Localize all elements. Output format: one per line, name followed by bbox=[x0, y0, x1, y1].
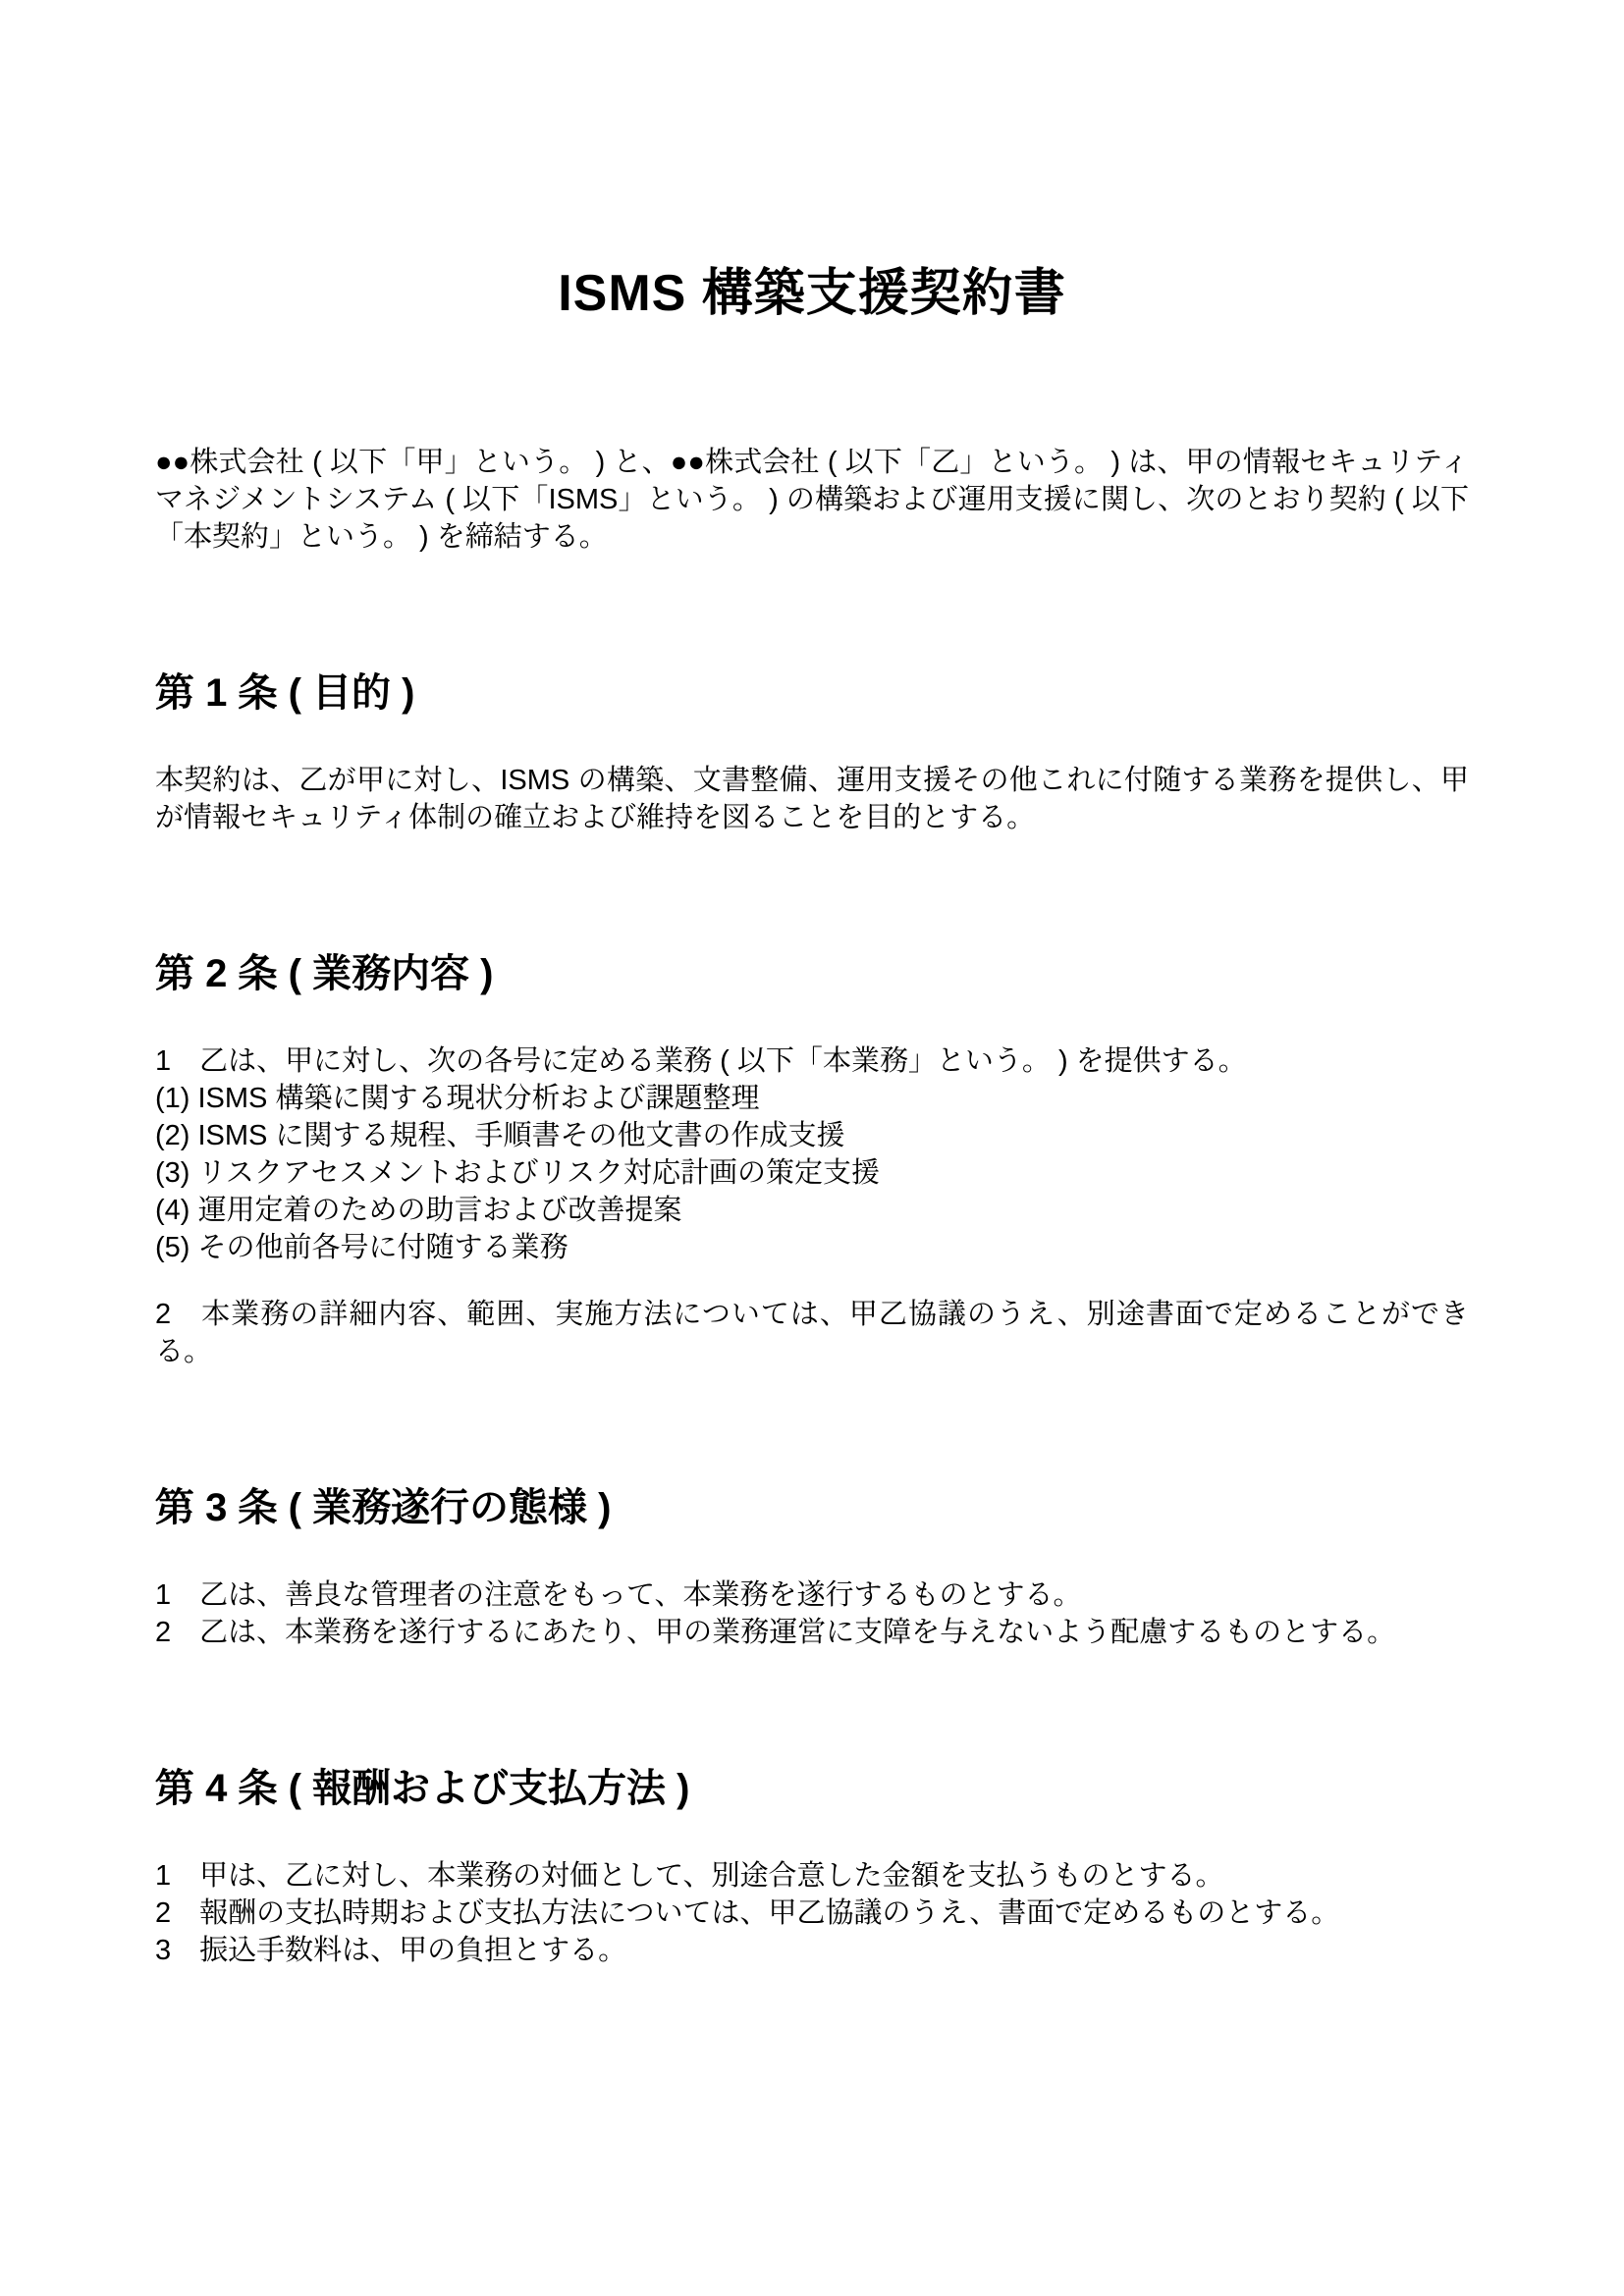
article-1-body: 本契約は、乙が甲に対し、ISMS の構築、文書整備、運用支援その他これに付随する… bbox=[155, 762, 1469, 836]
article-4: 第 4 条 ( 報酬および支払方法 ) 1 甲は、乙に対し、本業務の対価として、… bbox=[155, 1765, 1469, 1969]
article-2-item-4: (4) 運用定着のための助言および改善提案 bbox=[155, 1192, 1469, 1229]
article-1-heading: 第 1 条 ( 目的 ) bbox=[155, 669, 1469, 717]
article-3-heading: 第 3 条 ( 業務遂行の態様 ) bbox=[155, 1484, 1469, 1531]
article-1-paragraph: 本契約は、乙が甲に対し、ISMS の構築、文書整備、運用支援その他これに付随する… bbox=[155, 762, 1469, 836]
article-2-clause-2: 2 本業務の詳細内容、範囲、実施方法については、甲乙協議のうえ、別途書面で定める… bbox=[155, 1296, 1469, 1370]
article-4-clause-1: 1 甲は、乙に対し、本業務の対価として、別途合意した金額を支払うものとする。 bbox=[155, 1857, 1469, 1895]
article-2-item-5: (5) その他前各号に付随する業務 bbox=[155, 1229, 1469, 1266]
document-page: ISMS 構築支援契約書 ●●株式会社 ( 以下「甲」という。 ) と、●●株式… bbox=[0, 0, 1624, 2296]
article-2-heading: 第 2 条 ( 業務内容 ) bbox=[155, 950, 1469, 997]
document-title: ISMS 構築支援契約書 bbox=[155, 0, 1469, 324]
article-1: 第 1 条 ( 目的 ) 本契約は、乙が甲に対し、ISMS の構築、文書整備、運… bbox=[155, 669, 1469, 836]
article-2-body: 1 乙は、甲に対し、次の各号に定める業務 ( 以下「本業務」という。 ) を提供… bbox=[155, 1042, 1469, 1370]
article-3-clause-2: 2 乙は、本業務を遂行するにあたり、甲の業務運営に支障を与えないよう配慮するもの… bbox=[155, 1614, 1469, 1651]
article-3: 第 3 条 ( 業務遂行の態様 ) 1 乙は、善良な管理者の注意をもって、本業務… bbox=[155, 1484, 1469, 1651]
article-4-clause-2: 2 報酬の支払時期および支払方法については、甲乙協議のうえ、書面で定めるものとす… bbox=[155, 1895, 1469, 1932]
article-2-item-1: (1) ISMS 構築に関する現状分析および課題整理 bbox=[155, 1080, 1469, 1117]
article-4-body: 1 甲は、乙に対し、本業務の対価として、別途合意した金額を支払うものとする。 2… bbox=[155, 1857, 1469, 1969]
article-2-item-3: (3) リスクアセスメントおよびリスク対応計画の策定支援 bbox=[155, 1154, 1469, 1192]
article-2-item-2: (2) ISMS に関する規程、手順書その他文書の作成支援 bbox=[155, 1117, 1469, 1154]
article-3-clause-1: 1 乙は、善良な管理者の注意をもって、本業務を遂行するものとする。 bbox=[155, 1576, 1469, 1614]
article-2: 第 2 条 ( 業務内容 ) 1 乙は、甲に対し、次の各号に定める業務 ( 以下… bbox=[155, 950, 1469, 1370]
article-4-heading: 第 4 条 ( 報酬および支払方法 ) bbox=[155, 1765, 1469, 1812]
article-4-clause-3: 3 振込手数料は、甲の負担とする。 bbox=[155, 1932, 1469, 1969]
article-3-body: 1 乙は、善良な管理者の注意をもって、本業務を遂行するものとする。 2 乙は、本… bbox=[155, 1576, 1469, 1651]
article-2-clause-1: 1 乙は、甲に対し、次の各号に定める業務 ( 以下「本業務」という。 ) を提供… bbox=[155, 1042, 1469, 1080]
preamble-paragraph: ●●株式会社 ( 以下「甲」という。 ) と、●●株式会社 ( 以下「乙」という… bbox=[155, 444, 1469, 556]
